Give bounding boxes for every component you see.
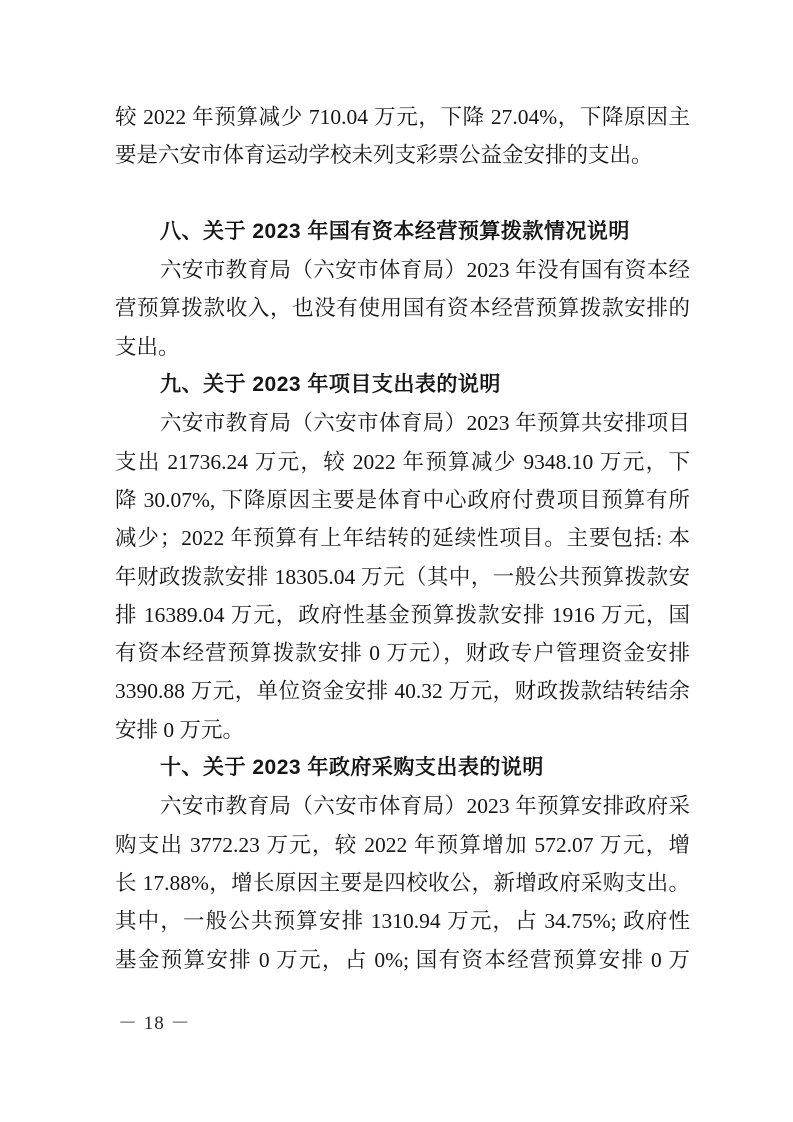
paragraph-line: 排 16389.04 万元，政府性基金预算拨款安排 1916 万元，国 bbox=[115, 596, 690, 634]
paragraph-line: 购支出 3772.23 万元，较 2022 年预算增加 572.07 万元，增 bbox=[115, 826, 690, 864]
paragraph-line: 有资本经营预算拨款安排 0 万元），财政专户管理资金安排 bbox=[115, 634, 690, 672]
paragraph-line: 基金预算安排 0 万元，占 0%; 国有资本经营预算安排 0 万 bbox=[115, 941, 690, 979]
page-content: 较 2022 年预算减少 710.04 万元，下降 27.04%，下降原因主 要… bbox=[115, 98, 690, 979]
paragraph-line: 降 30.07%, 下降原因主要是体育中心政府付费项目预算有所 bbox=[115, 481, 690, 519]
paragraph-line: 要是六安市体育运动学校未列支彩票公益金安排的支出。 bbox=[115, 136, 690, 174]
paragraph-line: 长 17.88%，增长原因主要是四校收公，新增政府采购支出。 bbox=[115, 864, 690, 902]
paragraph-line: 营预算拨款收入，也没有使用国有资本经营预算拨款安排的 bbox=[115, 289, 690, 327]
paragraph-line: 3390.88 万元，单位资金安排 40.32 万元，财政拨款结转结余 bbox=[115, 672, 690, 710]
paragraph-line: 安排 0 万元。 bbox=[115, 711, 690, 749]
paragraph-line: 六安市教育局（六安市体育局）2023 年预算共安排项目 bbox=[115, 404, 690, 442]
paragraph-line: 其中，一般公共预算安排 1310.94 万元，占 34.75%; 政府性 bbox=[115, 902, 690, 940]
paragraph-line: 六安市教育局（六安市体育局）2023 年预算安排政府采 bbox=[115, 787, 690, 825]
paragraph-line: 六安市教育局（六安市体育局）2023 年没有国有资本经 bbox=[115, 251, 690, 289]
paragraph-line: 年财政拨款安排 18305.04 万元（其中，一般公共预算拨款安 bbox=[115, 558, 690, 596]
section-heading-10: 十、关于 2023 年政府采购支出表的说明 bbox=[115, 749, 690, 787]
blank-line bbox=[115, 175, 690, 213]
paragraph-line: 减少；2022 年预算有上年结转的延续性项目。主要包括: 本 bbox=[115, 519, 690, 557]
section-heading-8: 八、关于 2023 年国有资本经营预算拨款情况说明 bbox=[115, 213, 690, 251]
page-number: － 18 － bbox=[118, 1010, 191, 1038]
document-page: 较 2022 年预算减少 710.04 万元，下降 27.04%，下降原因主 要… bbox=[0, 0, 793, 1122]
paragraph-line: 支出 21736.24 万元，较 2022 年预算减少 9348.10 万元，下 bbox=[115, 443, 690, 481]
paragraph-line: 较 2022 年预算减少 710.04 万元，下降 27.04%，下降原因主 bbox=[115, 98, 690, 136]
section-heading-9: 九、关于 2023 年项目支出表的说明 bbox=[115, 366, 690, 404]
paragraph-line: 支出。 bbox=[115, 328, 690, 366]
